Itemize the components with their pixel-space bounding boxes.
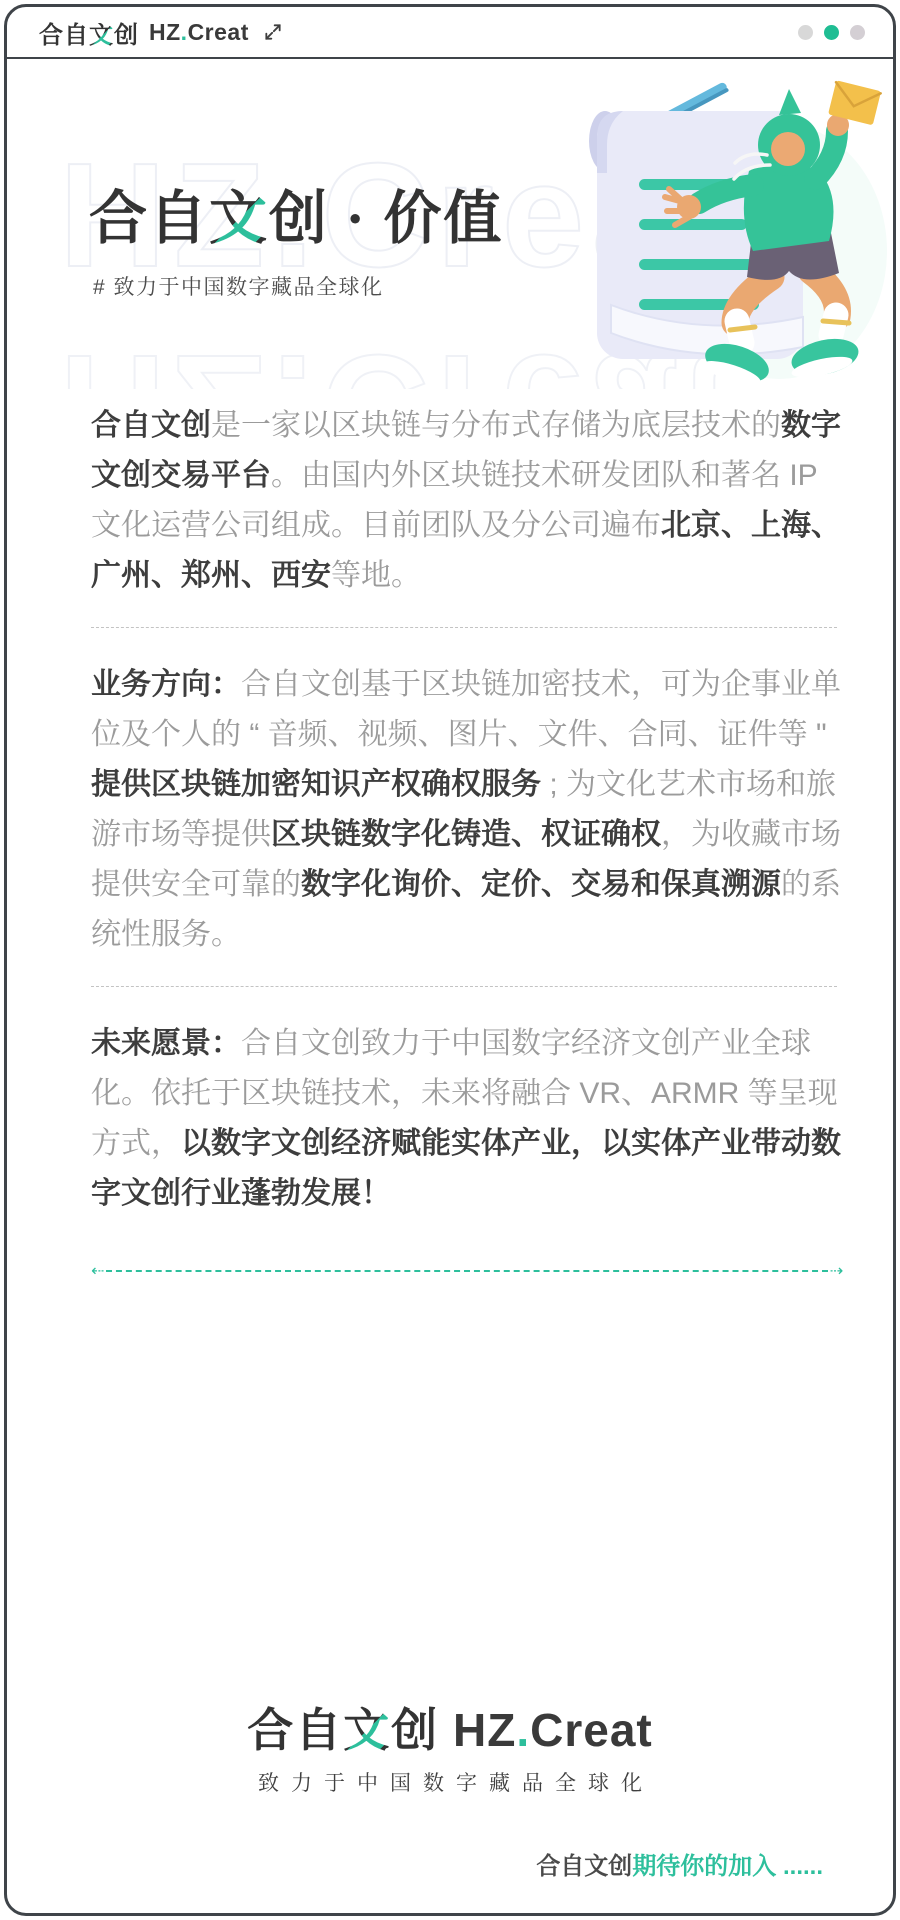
text-emphasis: 区块链数字化铸造、权证确权 (271, 818, 661, 851)
dashed-divider (91, 627, 837, 628)
page-title: 合自文创 · 价值 (89, 171, 503, 255)
text-emphasis: 数字化询价、定价、交易和保真溯源 (301, 868, 781, 901)
footer-logo-cn: 合自文创 (247, 1705, 439, 1756)
text-emphasis: 未来愿景： (91, 1027, 241, 1060)
divider-right-arrow-icon: ⇢ (830, 1263, 843, 1279)
footer-logo-dot: . (516, 1704, 530, 1756)
titlebar-brand: 合自文创 HZ.Creat (39, 15, 283, 50)
text-normal: 等地。 (331, 559, 421, 592)
text-emphasis: 提供区块链加密知识产权确权服务 (91, 768, 541, 801)
hero-section: HZ.Creat HZ.Creat (7, 59, 893, 389)
window-dot[interactable] (824, 25, 839, 40)
footer-tagline: 致力于中国数字藏品全球化 (7, 1767, 893, 1797)
expand-icon[interactable] (263, 22, 283, 42)
green-dashed-divider: ⇠ ⇢ (91, 1263, 843, 1279)
footer-logo-cn-pre: 合自 (247, 1705, 343, 1756)
brand-dot: . (181, 19, 188, 45)
paragraph-business: 业务方向：合自文创基于区块链加密技术，可为企事业单位及个人的 “ 音频、视频、图… (91, 660, 843, 960)
title-tail: 价值 (383, 186, 503, 251)
text-normal: 是一家以区块链与分布式存储为底层技术的 (211, 409, 781, 442)
text-emphasis: 以数字文创经济赋能实体产业，以实体产业带动数字文创行业蓬勃发展！ (91, 1127, 841, 1210)
window-dot[interactable] (798, 25, 813, 40)
brand-cn: 合自文创 (39, 15, 139, 50)
footer-logo: 合自文创 HZ.Creat (7, 1702, 893, 1759)
dashed-divider (91, 986, 837, 987)
brand-cn-post: 创 (114, 23, 139, 49)
app-window: 合自文创 HZ.Creat HZ.Creat HZ.Creat (4, 4, 896, 1916)
window-dots[interactable] (798, 25, 865, 40)
cta-highlight: 期待你的加入 ...... (632, 1853, 823, 1880)
brand-en: HZ.Creat (149, 19, 249, 46)
title-wen-accent: 文 (209, 186, 269, 251)
titlebar: 合自文创 HZ.Creat (7, 7, 893, 59)
title-separator: · (329, 186, 383, 251)
footer-logo-wen-accent: 文 (343, 1705, 391, 1756)
text-emphasis: 业务方向： (91, 668, 241, 701)
title-post: 创 (269, 186, 329, 251)
footer: 合自文创 HZ.Creat 致力于中国数字藏品全球化 合自文创期待你的加入 ..… (7, 1702, 893, 1882)
footer-logo-en: HZ.Creat (439, 1704, 653, 1756)
hero-illustration (539, 71, 887, 387)
cta-brand: 合自文创 (536, 1853, 632, 1880)
paragraph-vision: 未来愿景：合自文创致力于中国数字经济文创产业全球化。依托于区块链技术，未来将融合… (91, 1019, 843, 1219)
window-dot[interactable] (850, 25, 865, 40)
brand-en-post: Creat (188, 19, 249, 45)
join-cta: 合自文创期待你的加入 ...... (7, 1852, 893, 1882)
divider-line (106, 1270, 827, 1272)
brand-en-pre: HZ (149, 19, 181, 45)
brand-wen-accent: 文 (89, 23, 114, 49)
text-emphasis: 合自文创 (91, 409, 211, 442)
footer-logo-en-post: Creat (530, 1704, 653, 1756)
hero-subtitle: # 致力于中国数字藏品全球化 (93, 271, 384, 301)
footer-logo-en-pre: HZ (439, 1704, 516, 1756)
paragraph-intro: 合自文创是一家以区块链与分布式存储为底层技术的数字文创交易平台。由国内外区块链技… (91, 401, 843, 601)
brand-cn-pre: 合自 (39, 23, 89, 49)
footer-logo-cn-post: 创 (391, 1705, 439, 1756)
title-pre: 合自 (89, 186, 209, 251)
main-content: 合自文创是一家以区块链与分布式存储为底层技术的数字文创交易平台。由国内外区块链技… (7, 389, 893, 1279)
divider-left-arrow-icon: ⇠ (91, 1263, 104, 1279)
